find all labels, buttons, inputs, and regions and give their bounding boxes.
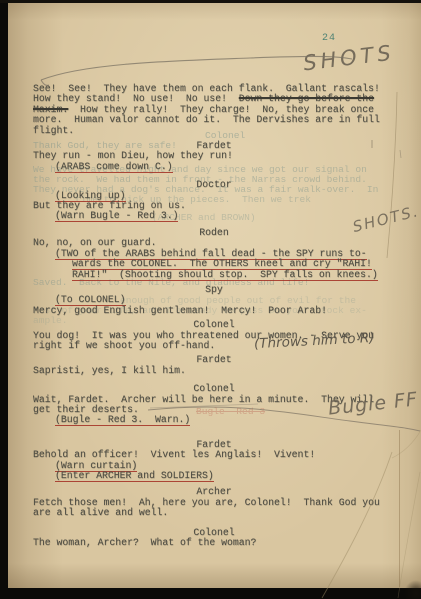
page-number: 24 bbox=[322, 33, 336, 44]
typed-text: Fardet bbox=[196, 354, 231, 365]
dialogue-line: Mercy, good English gentleman! Mercy! Po… bbox=[33, 306, 395, 316]
dialogue-line: right if we shoot you off-hand. bbox=[33, 341, 395, 351]
typed-text: But they are firing on us. bbox=[33, 200, 186, 211]
scanned-script-page: 24 ColonelThank God, they are safe!We ha… bbox=[0, 0, 421, 599]
scan-edge-bottom bbox=[0, 588, 421, 599]
dialogue-line: The woman, Archer? What of the woman? bbox=[33, 538, 395, 548]
typed-text: Roden bbox=[199, 227, 228, 238]
typed-text: (Bugle - Red 3. Warn.) bbox=[55, 414, 190, 426]
typed-text: How they rally! They charge! No, they br… bbox=[68, 104, 374, 115]
typed-text: How they stand! No use! No use! bbox=[33, 93, 239, 104]
typed-text: get their deserts. bbox=[33, 404, 139, 415]
typed-text: No, no, on our guard. bbox=[33, 237, 156, 248]
typed-text: right if we shoot you off-hand. bbox=[33, 340, 215, 351]
typed-text: Doctor bbox=[196, 179, 231, 190]
typed-text: You dog! It was you who threatened our w… bbox=[33, 330, 374, 341]
dialogue-line: more. Human valor cannot do it. The Derv… bbox=[33, 115, 395, 125]
dialogue-line: flight. bbox=[33, 126, 395, 136]
typed-text: are all alive and well. bbox=[33, 507, 168, 518]
typed-text: (Warn Bugle - Red 3.) bbox=[55, 210, 178, 222]
typed-text: Fetch those men! Ah, here you are, Colon… bbox=[33, 497, 380, 508]
typed-text: The woman, Archer? What of the woman? bbox=[33, 537, 256, 548]
typed-text: Fardet bbox=[196, 439, 231, 450]
scan-edge-top bbox=[0, 0, 421, 3]
typed-text: flight. bbox=[33, 125, 74, 136]
stage-direction-line: RAHI!" (Shooting should stop. SPY falls … bbox=[33, 270, 395, 280]
stage-direction-line: (ARABS come down C.) bbox=[33, 162, 395, 172]
typescript-text-block: See! See! They have them on each flank. … bbox=[33, 84, 395, 548]
typed-text: more. Human valor cannot do it. The Derv… bbox=[33, 114, 380, 125]
typed-text: Sapristi, yes, I kill him. bbox=[33, 365, 186, 376]
struck-text: Down they go before the bbox=[239, 93, 374, 104]
paper-edge-crease bbox=[399, 430, 400, 587]
typed-text: Behold an officer! Vivent les Anglais! V… bbox=[33, 449, 315, 460]
stage-direction-line: (Warn Bugle - Red 3.) bbox=[33, 211, 395, 221]
typed-text: Spy bbox=[205, 284, 223, 295]
typed-text: (ARABS come down C.) bbox=[55, 161, 173, 173]
typed-text: Colonel bbox=[193, 319, 234, 330]
stage-direction-line: (Bugle - Red 3. Warn.) bbox=[33, 415, 395, 425]
dialogue-line: Sapristi, yes, I kill him. bbox=[33, 366, 395, 376]
typed-text: Colonel bbox=[193, 527, 234, 538]
typed-text: Colonel bbox=[193, 383, 234, 394]
typed-text: Wait, Fardet. Archer will be here in a m… bbox=[33, 394, 374, 405]
typed-text: They run - mon Dieu, how they run! bbox=[33, 150, 233, 161]
typed-text: See! See! They have them on each flank. … bbox=[33, 83, 380, 94]
struck-text: Maxim. bbox=[33, 104, 68, 115]
typed-text: Archer bbox=[196, 486, 231, 497]
typed-text: (Enter ARCHER and SOLDIERS) bbox=[55, 470, 214, 482]
stage-direction-line: wards the COLONEL. The OTHERS kneel and … bbox=[33, 259, 395, 269]
typed-text: Mercy, good English gentleman! Mercy! Po… bbox=[33, 305, 327, 316]
corner-shadow bbox=[404, 580, 421, 599]
stage-direction-line: (Enter ARCHER and SOLDIERS) bbox=[33, 471, 395, 481]
typed-text: RAHI!" (Shooting should stop. SPY falls … bbox=[72, 269, 378, 281]
typed-text: Fardet bbox=[196, 140, 231, 151]
dialogue-line: are all alive and well. bbox=[33, 508, 395, 518]
scan-edge-left bbox=[0, 0, 8, 599]
